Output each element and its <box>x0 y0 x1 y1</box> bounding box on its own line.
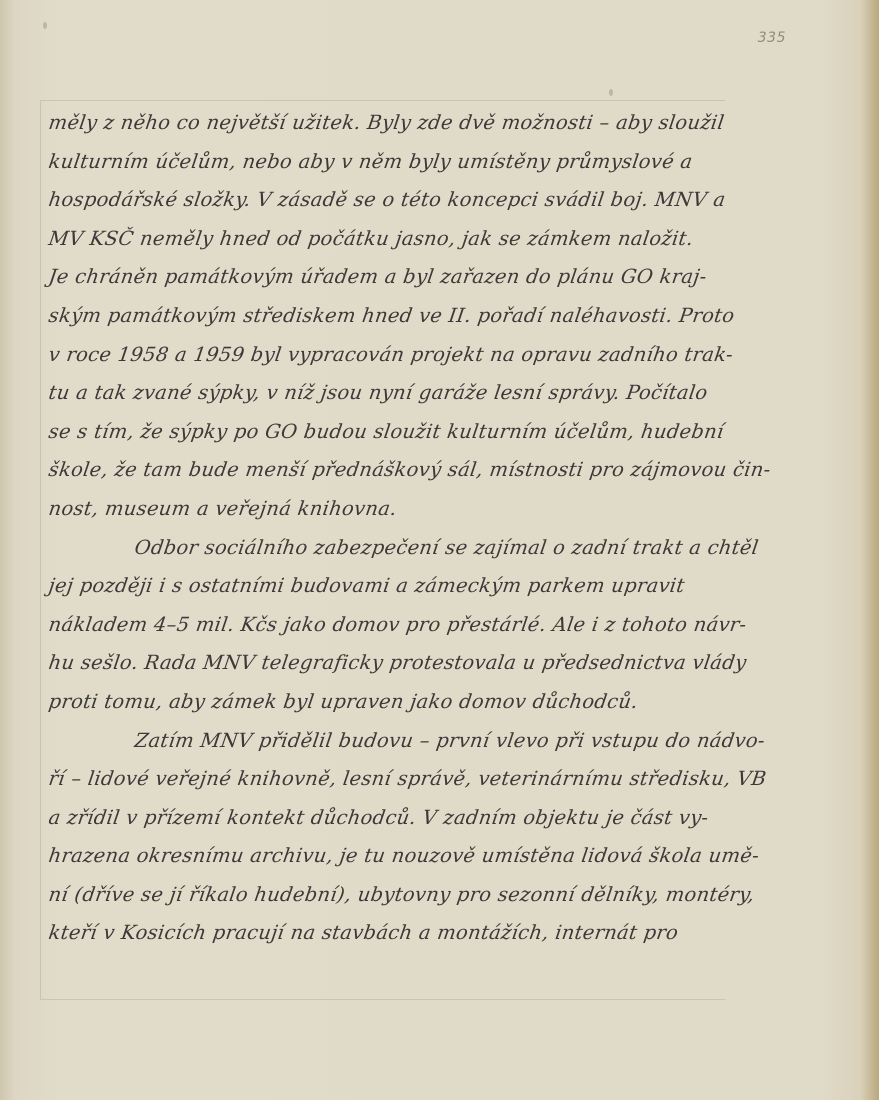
document-page: 335 měly z něho co největší užitek. Byly… <box>0 0 879 1100</box>
text-line: MV KSČ neměly hned od počátku jasno, jak… <box>46 220 726 259</box>
text-line: jej později i s ostatními budovami a zám… <box>46 567 726 606</box>
text-line: ským památkovým střediskem hned ve II. p… <box>46 297 726 336</box>
text-line: kulturním účelům, nebo aby v něm byly um… <box>46 143 726 182</box>
paragraph-start-line: Zatím MNV přidělil budovu – první vlevo … <box>46 722 726 761</box>
text-line: nákladem 4–5 mil. Kčs jako domov pro pře… <box>46 606 726 645</box>
ink-smudge <box>43 22 47 29</box>
text-line: hrazena okresnímu archivu, je tu nouzově… <box>46 837 726 876</box>
text-line: ní (dříve se jí říkalo hudební), ubytovn… <box>46 876 726 915</box>
text-line: se s tím, že sýpky po GO budou sloužit k… <box>46 413 726 452</box>
text-line: a zřídil v přízemí kontekt důchodců. V z… <box>46 799 726 838</box>
handwritten-text-block: měly z něho co největší užitek. Byly zde… <box>46 104 726 953</box>
text-line: nost, museum a veřejná knihovna. <box>46 490 726 529</box>
text-line: proti tomu, aby zámek byl upraven jako d… <box>46 683 726 722</box>
text-line: hu sešlo. Rada MNV telegraficky protesto… <box>46 644 726 683</box>
text-line: kteří v Kosicích pracují na stavbách a m… <box>46 914 726 953</box>
text-line: ří – lidové veřejné knihovně, lesní sprá… <box>46 760 726 799</box>
text-line: měly z něho co největší užitek. Byly zde… <box>46 104 726 143</box>
paragraph-start-line: Odbor sociálního zabezpečení se zajímal … <box>46 529 726 568</box>
text-line: tu a tak zvané sýpky, v níž jsou nyní ga… <box>46 374 726 413</box>
text-line: Je chráněn památkovým úřadem a byl zařaz… <box>46 258 726 297</box>
text-line: škole, že tam bude menší přednáškový sál… <box>46 451 726 490</box>
text-line: v roce 1958 a 1959 byl vypracován projek… <box>46 336 726 375</box>
ink-smudge <box>609 89 613 96</box>
page-number: 335 <box>758 30 786 46</box>
text-line: hospodářské složky. V zásadě se o této k… <box>46 181 726 220</box>
